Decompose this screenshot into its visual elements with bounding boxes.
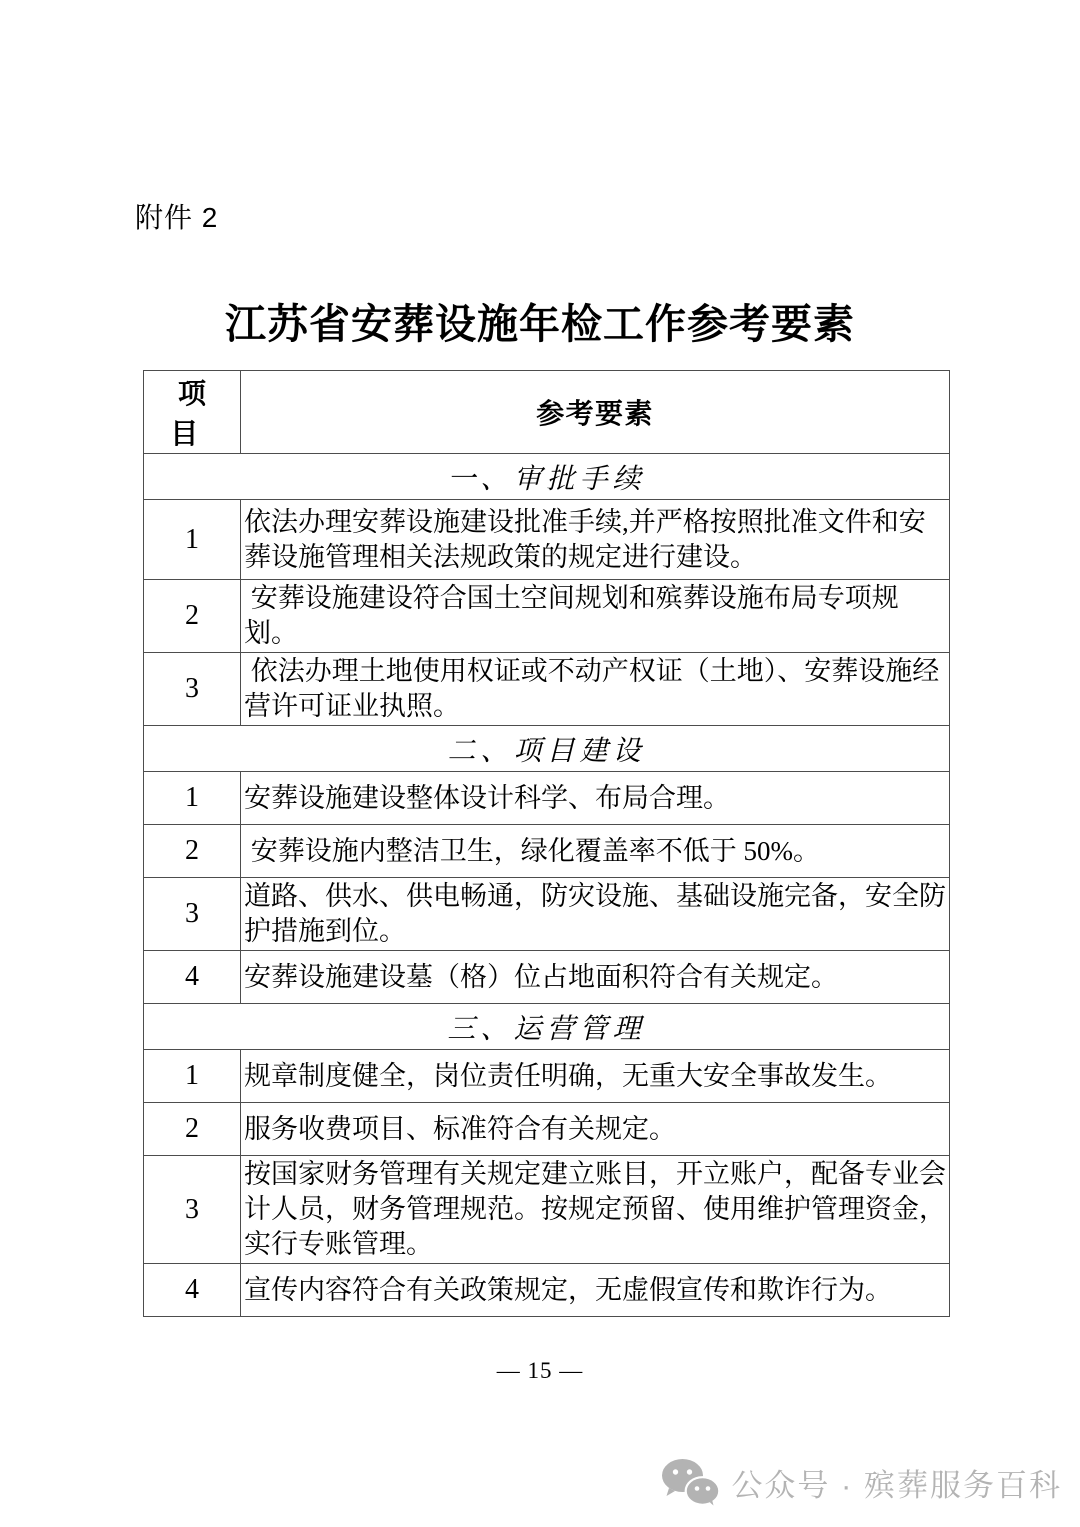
row-number: 2	[144, 580, 241, 653]
row-number: 1	[144, 500, 241, 580]
table-header-row: 项目 参考要素	[144, 371, 950, 454]
page-title: 江苏省安葬设施年检工作参考要素	[0, 291, 1080, 350]
section-header-row: 一、审批手续	[144, 454, 950, 500]
row-text: 安葬设施建设墓（格）位占地面积符合有关规定。	[241, 951, 950, 1004]
row-number: 1	[144, 772, 241, 825]
row-text: 宣传内容符合有关政策规定，无虚假宣传和欺诈行为。	[241, 1264, 950, 1317]
wechat-icon	[661, 1458, 719, 1506]
column-header-item: 项目	[144, 371, 241, 454]
table-row: 3 道路、供水、供电畅通，防灾设施、基础设施完备，安全防护措施到位。	[144, 878, 950, 951]
row-text: 按国家财务管理有关规定建立账目，开立账户，配备专业会计人员，财务管理规范。按规定…	[241, 1156, 950, 1264]
watermark-text: 公众号 · 殡葬服务百科	[731, 1460, 1062, 1505]
attachment-label: 附件 2	[135, 196, 218, 236]
section-title: 一、审批手续	[144, 454, 950, 500]
section-header-row: 三、运营管理	[144, 1004, 950, 1050]
row-number: 4	[144, 1264, 241, 1317]
column-header-elements: 参考要素	[241, 371, 950, 454]
row-number: 1	[144, 1050, 241, 1103]
table-row: 2 安葬设施内整洁卫生，绿化覆盖率不低于 50%。	[144, 825, 950, 878]
table-row: 2 安葬设施建设符合国土空间规划和殡葬设施布局专项规划。	[144, 580, 950, 653]
section-header-row: 二、项目建设	[144, 726, 950, 772]
inspection-table: 项目 参考要素 一、审批手续 1 依法办理安葬设施建设批准手续,并严格按照批准文…	[143, 370, 950, 1317]
row-number: 2	[144, 1103, 241, 1156]
row-text: 安葬设施内整洁卫生，绿化覆盖率不低于 50%。	[241, 825, 950, 878]
table-row: 1 规章制度健全，岗位责任明确，无重大安全事故发生。	[144, 1050, 950, 1103]
row-text: 依法办理安葬设施建设批准手续,并严格按照批准文件和安葬设施管理相关法规政策的规定…	[241, 500, 950, 580]
row-number: 3	[144, 878, 241, 951]
table-row: 1 依法办理安葬设施建设批准手续,并严格按照批准文件和安葬设施管理相关法规政策的…	[144, 500, 950, 580]
page-number: — 15 —	[0, 1358, 1080, 1384]
table-row: 1 安葬设施建设整体设计科学、布局合理。	[144, 772, 950, 825]
row-text: 服务收费项目、标准符合有关规定。	[241, 1103, 950, 1156]
table-row: 4 安葬设施建设墓（格）位占地面积符合有关规定。	[144, 951, 950, 1004]
row-number: 3	[144, 1156, 241, 1264]
section-title: 三、运营管理	[144, 1004, 950, 1050]
row-number: 4	[144, 951, 241, 1004]
table-row: 4 宣传内容符合有关政策规定，无虚假宣传和欺诈行为。	[144, 1264, 950, 1317]
table-row: 3 依法办理土地使用权证或不动产权证（土地）、安葬设施经营许可证业执照。	[144, 653, 950, 726]
table-row: 3 按国家财务管理有关规定建立账目，开立账户，配备专业会计人员，财务管理规范。按…	[144, 1156, 950, 1264]
watermark: 公众号 · 殡葬服务百科	[661, 1458, 1062, 1506]
row-text: 规章制度健全，岗位责任明确，无重大安全事故发生。	[241, 1050, 950, 1103]
row-text: 安葬设施建设符合国土空间规划和殡葬设施布局专项规划。	[241, 580, 950, 653]
row-number: 2	[144, 825, 241, 878]
row-text: 安葬设施建设整体设计科学、布局合理。	[241, 772, 950, 825]
row-text: 道路、供水、供电畅通，防灾设施、基础设施完备，安全防护措施到位。	[241, 878, 950, 951]
table-row: 2 服务收费项目、标准符合有关规定。	[144, 1103, 950, 1156]
row-text: 依法办理土地使用权证或不动产权证（土地）、安葬设施经营许可证业执照。	[241, 653, 950, 726]
section-title: 二、项目建设	[144, 726, 950, 772]
row-number: 3	[144, 653, 241, 726]
